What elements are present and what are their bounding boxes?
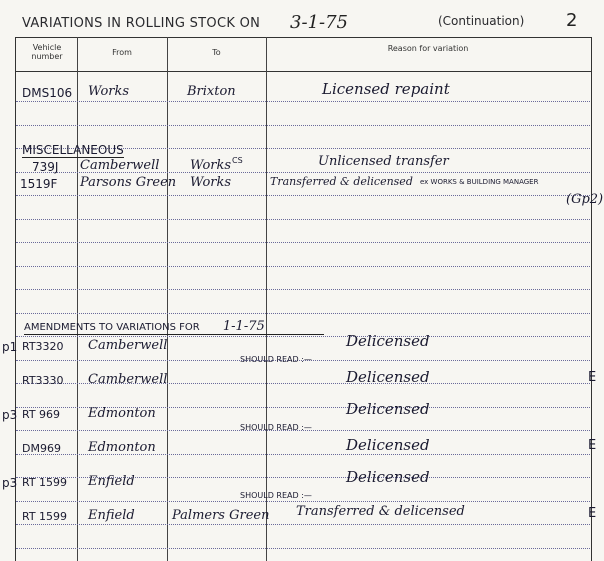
from-location: Edmonton bbox=[88, 406, 156, 421]
reason-suffix: ex WORKS & BUILDING MANAGER bbox=[420, 178, 538, 186]
ruled-line bbox=[16, 125, 590, 126]
ledger-page: VARIATIONS IN ROLLING STOCK ON 3-1-75 (C… bbox=[0, 0, 604, 561]
page-number: 2 bbox=[566, 10, 577, 31]
vehicle-number: 739J bbox=[32, 160, 58, 174]
should-read-label: SHOULD READ :— bbox=[240, 423, 312, 432]
ruled-line bbox=[16, 336, 590, 337]
reason: Unlicensed transfer bbox=[318, 154, 449, 169]
column-header-vehicle: Vehicle number bbox=[18, 43, 76, 61]
reason: Delicensed bbox=[346, 468, 430, 486]
vehicle-number: 1519F bbox=[20, 177, 57, 191]
vehicle-number: RT 1599 bbox=[22, 510, 67, 523]
to-note: CS bbox=[232, 156, 243, 165]
reason: Delicensed bbox=[346, 400, 430, 418]
vehicle-number: DM969 bbox=[22, 442, 61, 455]
ruled-line bbox=[16, 501, 590, 502]
vehicle-number: RT3320 bbox=[22, 340, 64, 353]
column-header-from: From bbox=[78, 48, 166, 57]
reason-note: (Gp2) bbox=[566, 192, 603, 207]
reason: Licensed repaint bbox=[322, 80, 450, 98]
to-location: Works bbox=[190, 175, 231, 190]
ruled-line bbox=[16, 524, 590, 525]
ruled-line bbox=[16, 266, 590, 267]
from-location: Parsons Green bbox=[80, 175, 176, 190]
header-divider bbox=[15, 71, 592, 72]
from-location: Camberwell bbox=[80, 158, 159, 173]
to-location: Brixton bbox=[187, 84, 236, 99]
section-heading-amendments: AMENDMENTS TO VARIATIONS FOR 1-1-75 bbox=[24, 319, 324, 335]
from-location: Works bbox=[88, 84, 129, 99]
ruled-line bbox=[16, 242, 590, 243]
continuation-label: (Continuation) bbox=[438, 14, 524, 28]
ruled-line bbox=[16, 548, 590, 549]
column-header-to: To bbox=[168, 48, 265, 57]
page-date: 3-1-75 bbox=[290, 12, 348, 33]
ruled-line bbox=[16, 101, 590, 102]
margin-page-ref: p3 bbox=[2, 408, 17, 422]
correction-mark: E bbox=[588, 370, 596, 385]
correction-mark: E bbox=[588, 506, 596, 521]
reason: Transferred & delicensed bbox=[270, 175, 413, 188]
ruled-line bbox=[16, 195, 590, 196]
reason: Delicensed bbox=[346, 368, 430, 386]
amendments-date: 1-1-75 bbox=[223, 319, 265, 334]
from-location: Camberwell bbox=[88, 338, 167, 353]
ruled-line bbox=[16, 219, 590, 220]
amendments-heading-text: AMENDMENTS TO VARIATIONS FOR bbox=[24, 322, 200, 333]
from-location: Edmonton bbox=[88, 440, 156, 455]
section-heading-miscellaneous: MISCELLANEOUS bbox=[22, 143, 124, 158]
vehicle-number: DMS106 bbox=[22, 86, 72, 100]
vehicle-number: RT 969 bbox=[22, 408, 60, 421]
reason: Transferred & delicensed bbox=[296, 504, 465, 519]
correction-mark: E bbox=[588, 438, 596, 453]
vehicle-number: RT 1599 bbox=[22, 476, 67, 489]
column-divider bbox=[167, 37, 168, 561]
column-divider bbox=[266, 37, 267, 561]
margin-page-ref: p1 bbox=[2, 340, 17, 354]
from-location: Enfield bbox=[88, 508, 135, 523]
column-header-reason: Reason for variation bbox=[267, 44, 589, 53]
ruled-line bbox=[16, 313, 590, 314]
reason: Delicensed bbox=[346, 436, 430, 454]
from-location: Enfield bbox=[88, 474, 135, 489]
ruled-line bbox=[16, 289, 590, 290]
to-location: Palmers Green bbox=[172, 508, 269, 523]
page-title: VARIATIONS IN ROLLING STOCK ON bbox=[22, 16, 260, 31]
margin-page-ref: p3 bbox=[2, 476, 17, 490]
should-read-label: SHOULD READ :— bbox=[240, 355, 312, 364]
column-divider bbox=[77, 37, 78, 561]
should-read-label: SHOULD READ :— bbox=[240, 491, 312, 500]
from-location: Camberwell bbox=[88, 372, 167, 387]
vehicle-number: RT3330 bbox=[22, 374, 64, 387]
reason: Delicensed bbox=[346, 332, 430, 350]
to-location: Works bbox=[190, 158, 231, 173]
